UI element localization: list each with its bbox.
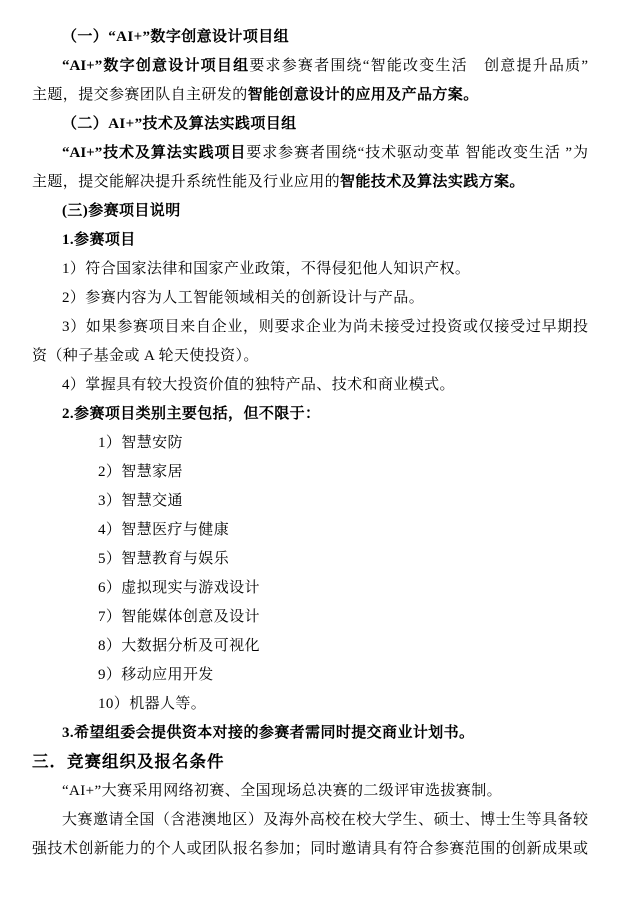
category-item-3: 3）智慧交通	[32, 487, 588, 516]
bold-segment: “AI+”数字创意设计项目组	[62, 58, 249, 74]
category-item-1: 1）智慧安防	[32, 429, 588, 458]
rule-item-3-line-1: 3）如果参赛项目来自企业，则要求企业为尚未接受过投资或仅接受过早期投	[32, 313, 588, 342]
regular-segment: 主题，提交能解决提升系统性能及行业应用的	[32, 174, 340, 190]
category-item-4: 4）智慧医疗与健康	[32, 516, 588, 545]
category-item-9: 9）移动应用开发	[32, 661, 588, 690]
rule-item-2: 2）参赛内容为人工智能领域相关的创新设计与产品。	[32, 284, 588, 313]
bold-segment: 智能创意设计的应用及产品方案。	[248, 87, 479, 103]
subsection-heading-design-group: （一）“AI+”数字创意设计项目组	[32, 23, 588, 52]
para-design-group-line-1: “AI+”数字创意设计项目组要求参赛者围绕“智能改变生活 创意提升品质”	[32, 52, 588, 81]
subsection-heading-tech-group: （二）AI+”技术及算法实践项目组	[32, 110, 588, 139]
section-heading-organization: 三．竞赛组织及报名条件	[32, 748, 588, 777]
rule-item-3-line-2: 资（种子基金或 A 轮天使投资）。	[32, 342, 588, 371]
para-selection-system: “AI+”大赛采用网络初赛、全国现场总决赛的二级评审选拔赛制。	[32, 777, 588, 806]
subsection-heading-project-description: (三)参赛项目说明	[32, 197, 588, 226]
regular-segment: 要求参赛者围绕“智能改变生活 创意提升品质”	[249, 58, 588, 74]
category-item-8: 8）大数据分析及可视化	[32, 632, 588, 661]
clause-heading-entry-project: 1.参赛项目	[32, 226, 588, 255]
para-invitation-line-1: 大赛邀请全国（含港澳地区）及海外高校在校大学生、硕士、博士生等具备较	[32, 806, 588, 835]
category-item-7: 7）智能媒体创意及设计	[32, 603, 588, 632]
clause-heading-project-categories: 2.参赛项目类别主要包括，但不限于：	[32, 400, 588, 429]
bold-segment: “AI+”技术及算法实践项目	[62, 145, 246, 161]
regular-segment: 主题，提交参赛团队自主研发的	[32, 87, 248, 103]
rule-item-4: 4）掌握具有较大投资价值的独特产品、技术和商业模式。	[32, 371, 588, 400]
para-invitation-line-2: 强技术创新能力的个人或团队报名参加；同时邀请具有符合参赛范围的创新成果或	[32, 835, 588, 864]
category-item-6: 6）虚拟现实与游戏设计	[32, 574, 588, 603]
regular-segment: 要求参赛者围绕“技术驱动变革 智能改变生活 ”为	[246, 145, 588, 161]
rule-item-1: 1）符合国家法律和国家产业政策，不得侵犯他人知识产权。	[32, 255, 588, 284]
document-page: （一）“AI+”数字创意设计项目组 “AI+”数字创意设计项目组要求参赛者围绕“…	[0, 0, 618, 924]
bold-segment: 智能技术及算法实践方案。	[340, 174, 525, 190]
para-tech-group-line-1: “AI+”技术及算法实践项目要求参赛者围绕“技术驱动变革 智能改变生活 ”为	[32, 139, 588, 168]
category-item-5: 5）智慧教育与娱乐	[32, 545, 588, 574]
para-tech-group-line-2: 主题，提交能解决提升系统性能及行业应用的智能技术及算法实践方案。	[32, 168, 588, 197]
clause-heading-business-plan: 3.希望组委会提供资本对接的参赛者需同时提交商业计划书。	[32, 719, 588, 748]
category-item-2: 2）智慧家居	[32, 458, 588, 487]
category-item-10: 10）机器人等。	[32, 690, 588, 719]
para-design-group-line-2: 主题，提交参赛团队自主研发的智能创意设计的应用及产品方案。	[32, 81, 588, 110]
